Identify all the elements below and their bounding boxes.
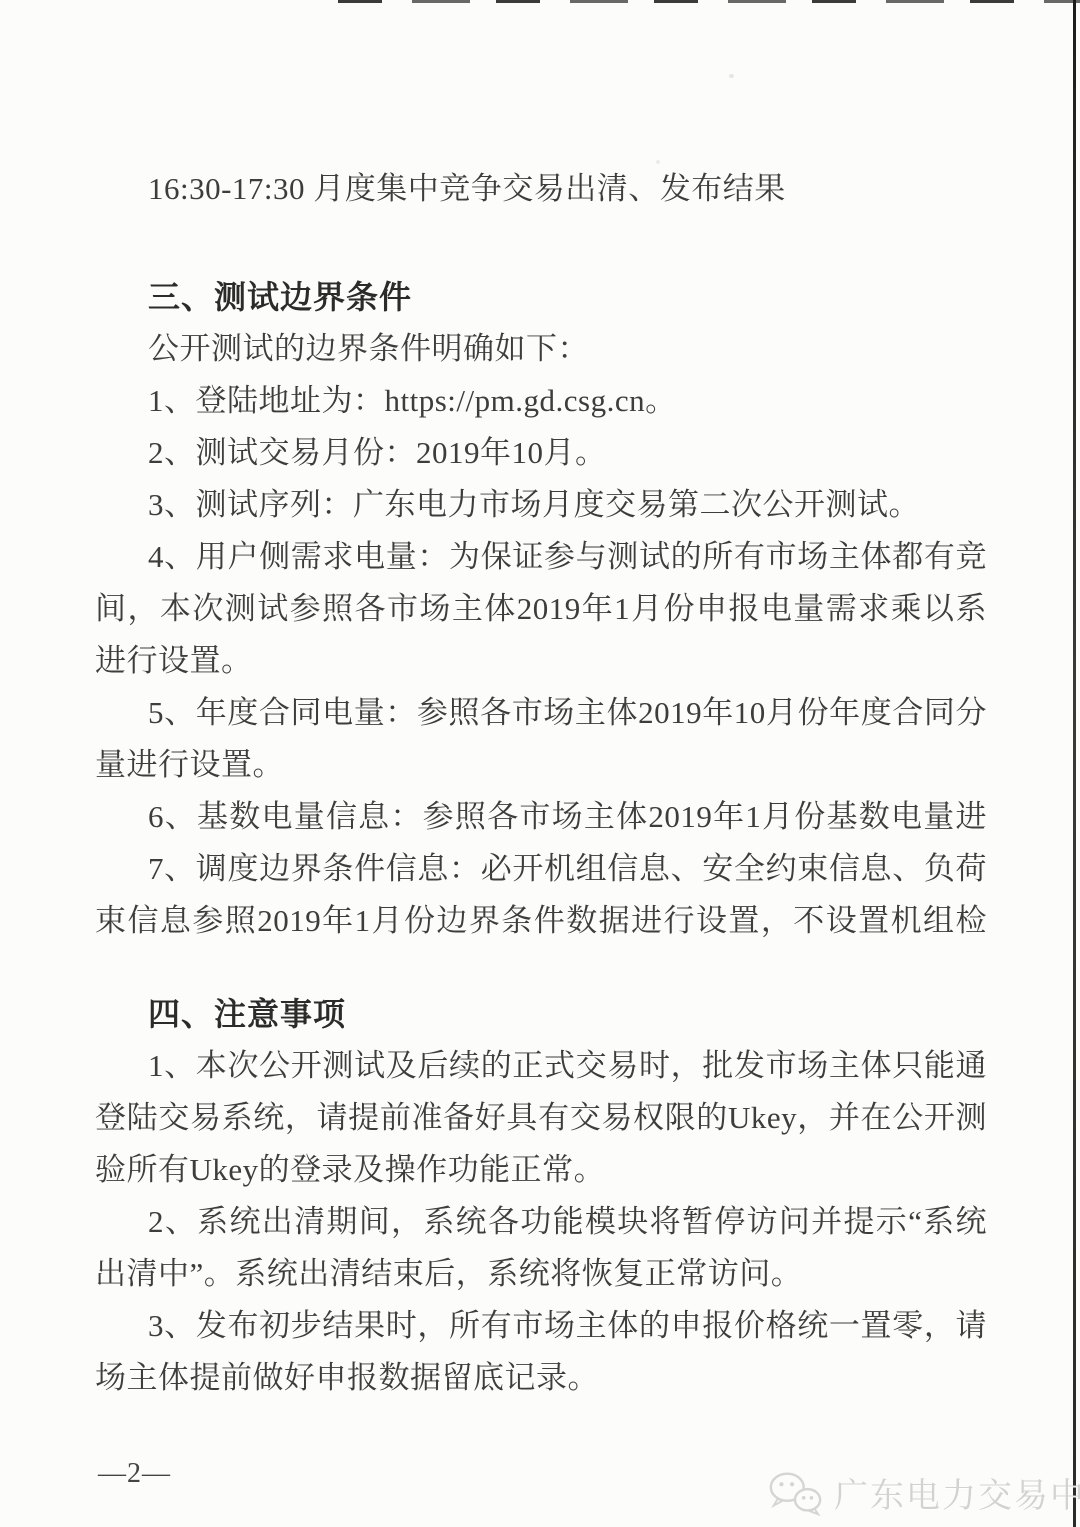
- text-line: 5、年度合同电量：参照各市场主体2019年10月份年度合同分月电: [95, 687, 987, 739]
- text-line: 4、用户侧需求电量：为保证参与测试的所有市场主体都有竞价空: [95, 531, 987, 583]
- page-number: —2—: [98, 1458, 171, 1490]
- text-line: 6、基数电量信息：参照各市场主体2019年1月份基数电量进行设置。: [95, 791, 987, 843]
- scan-right-edge-artifact: [1073, 0, 1076, 1527]
- text-line: 验所有Ukey的登录及操作功能正常。: [95, 1144, 987, 1196]
- text-line: 2、测试交易月份：2019年10月。: [95, 427, 987, 479]
- text-line: 场主体提前做好申报数据留底记录。: [95, 1352, 987, 1404]
- text-line: 进行设置。: [95, 635, 987, 687]
- text-line: 7、调度边界条件信息：必开机组信息、安全约束信息、负荷率约: [95, 843, 987, 895]
- section-heading: 四、注意事项: [95, 988, 987, 1040]
- text-line: 3、测试序列：广东电力市场月度交易第二次公开测试。: [95, 479, 987, 531]
- document-page: 16:30-17:30 月度集中竞争交易出清、发布结果三、测试边界条件公开测试的…: [0, 0, 1080, 1527]
- scan-top-edge-artifact: [338, 0, 1080, 3]
- text-line: 出清中”。系统出清结束后，系统将恢复正常访问。: [95, 1248, 987, 1300]
- section-heading: 三、测试边界条件: [95, 271, 987, 323]
- text-line: 量进行设置。: [95, 739, 987, 791]
- text-line: 间，本次测试参照各市场主体2019年1月份申报电量需求乘以系数1.5: [95, 583, 987, 635]
- text-line: 公开测试的边界条件明确如下：: [95, 323, 987, 375]
- watermark-text: 广东电力交易中心: [834, 1468, 1080, 1517]
- text-line: 3、发布初步结果时，所有市场主体的申报价格统一置零，请各市: [95, 1300, 987, 1352]
- text-line: 2、系统出清期间，系统各功能模块将暂停访问并提示“系统正在: [95, 1196, 987, 1248]
- scan-speck: [729, 74, 734, 78]
- text-line: 16:30-17:30 月度集中竞争交易出清、发布结果: [95, 163, 987, 215]
- text-line: 登陆交易系统，请提前准备好具有交易权限的Ukey，并在公开测试中检: [95, 1092, 987, 1144]
- text-line: 1、本次公开测试及后续的正式交易时，批发市场主体只能通过Ukey: [95, 1040, 987, 1092]
- text-line: 1、登陆地址为：https://pm.gd.csg.cn。: [95, 375, 987, 427]
- wechat-icon: [766, 1470, 824, 1516]
- watermark: 广东电力交易中心: [766, 1468, 1080, 1517]
- document-body: 16:30-17:30 月度集中竞争交易出清、发布结果三、测试边界条件公开测试的…: [95, 163, 987, 1404]
- text-line: 束信息参照2019年1月份边界条件数据进行设置，不设置机组检修。: [95, 895, 987, 947]
